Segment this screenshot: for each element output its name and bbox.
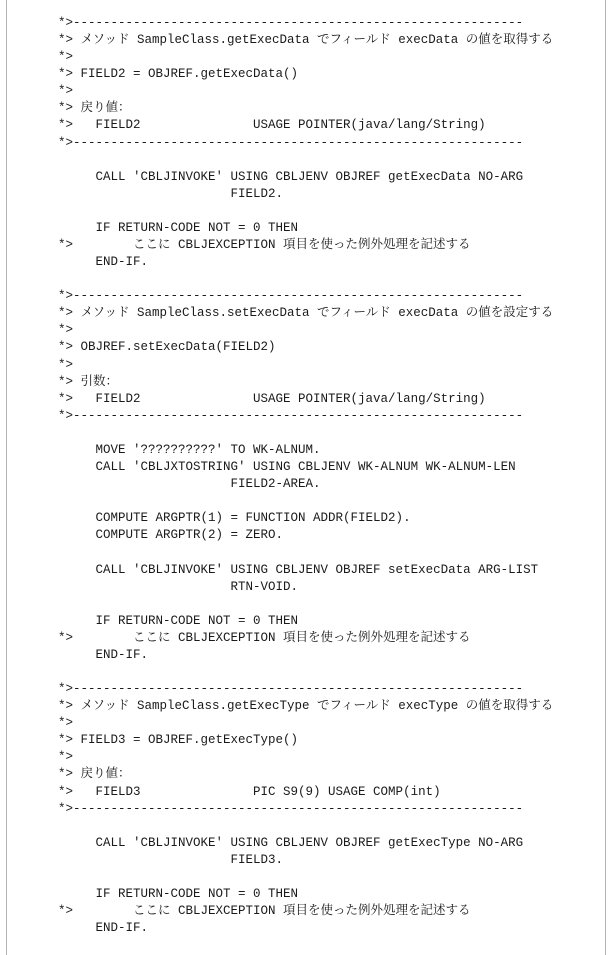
comment-signature: *> FIELD3 = OBJREF.getExecType() xyxy=(13,732,553,749)
comment-blank: *> xyxy=(13,49,553,66)
comment-signature: *> FIELD2 = OBJREF.getExecData() xyxy=(13,66,553,83)
comment-blank: *> xyxy=(13,715,553,732)
blank-line xyxy=(13,664,553,681)
code-line: FIELD2-AREA. xyxy=(13,476,553,493)
comment-argument-field: *> FIELD2 USAGE POINTER(java/lang/String… xyxy=(13,391,553,408)
comment-blank: *> xyxy=(13,749,553,766)
comment-exception-note: *> ここに CBLJEXCEPTION 項目を使った例外処理を記述する xyxy=(13,237,553,254)
comment-return-field: *> FIELD2 USAGE POINTER(java/lang/String… xyxy=(13,117,553,134)
blank-line xyxy=(13,596,553,613)
blank-line xyxy=(13,493,553,510)
comment-exception-note: *> ここに CBLJEXCEPTION 項目を使った例外処理を記述する xyxy=(13,903,553,920)
comment-argument-label: *> 引数： xyxy=(13,374,553,391)
comment-signature: *> OBJREF.setExecData(FIELD2) xyxy=(13,339,553,356)
comment-return-label: *> 戻り値： xyxy=(13,100,553,117)
code-line: CALL 'CBLJINVOKE' USING CBLJENV OBJREF g… xyxy=(13,835,553,852)
blank-line xyxy=(13,544,553,561)
comment-blank: *> xyxy=(13,83,553,100)
comment-separator: *>--------------------------------------… xyxy=(13,681,553,698)
comment-separator: *>--------------------------------------… xyxy=(13,288,553,305)
blank-line xyxy=(13,869,553,886)
code-line: COMPUTE ARGPTR(2) = ZERO. xyxy=(13,527,553,544)
code-line: IF RETURN-CODE NOT = 0 THEN xyxy=(13,613,553,630)
comment-method-description: *> メソッド SampleClass.setExecData でフィールド e… xyxy=(13,305,553,322)
code-line: RTN-VOID. xyxy=(13,579,553,596)
comment-method-description: *> メソッド SampleClass.getExecData でフィールド e… xyxy=(13,32,553,49)
code-line: COMPUTE ARGPTR(1) = FUNCTION ADDR(FIELD2… xyxy=(13,510,553,527)
blank-line xyxy=(13,203,553,220)
code-line: CALL 'CBLJINVOKE' USING CBLJENV OBJREF g… xyxy=(13,169,553,186)
code-line: MOVE '??????????' TO WK-ALNUM. xyxy=(13,442,553,459)
comment-separator: *>--------------------------------------… xyxy=(13,135,553,152)
comment-separator: *>--------------------------------------… xyxy=(13,801,553,818)
code-line: IF RETURN-CODE NOT = 0 THEN xyxy=(13,886,553,903)
code-line: END-IF. xyxy=(13,647,553,664)
comment-return-label: *> 戻り値： xyxy=(13,766,553,783)
blank-line xyxy=(13,152,553,169)
comment-return-field: *> FIELD3 PIC S9(9) USAGE COMP(int) xyxy=(13,784,553,801)
comment-method-description: *> メソッド SampleClass.getExecType でフィールド e… xyxy=(13,698,553,715)
code-line: FIELD2. xyxy=(13,186,553,203)
blank-line xyxy=(13,425,553,442)
code-listing: *>--------------------------------------… xyxy=(13,15,553,937)
code-line: END-IF. xyxy=(13,920,553,937)
comment-blank: *> xyxy=(13,322,553,339)
code-line: CALL 'CBLJINVOKE' USING CBLJENV OBJREF s… xyxy=(13,562,553,579)
code-line: FIELD3. xyxy=(13,852,553,869)
comment-separator: *>--------------------------------------… xyxy=(13,15,553,32)
blank-line xyxy=(13,271,553,288)
comment-separator: *>--------------------------------------… xyxy=(13,408,553,425)
comment-exception-note: *> ここに CBLJEXCEPTION 項目を使った例外処理を記述する xyxy=(13,630,553,647)
code-line: IF RETURN-CODE NOT = 0 THEN xyxy=(13,220,553,237)
blank-line xyxy=(13,818,553,835)
code-line: CALL 'CBLJXTOSTRING' USING CBLJENV WK-AL… xyxy=(13,459,553,476)
code-line: END-IF. xyxy=(13,254,553,271)
comment-blank: *> xyxy=(13,357,553,374)
